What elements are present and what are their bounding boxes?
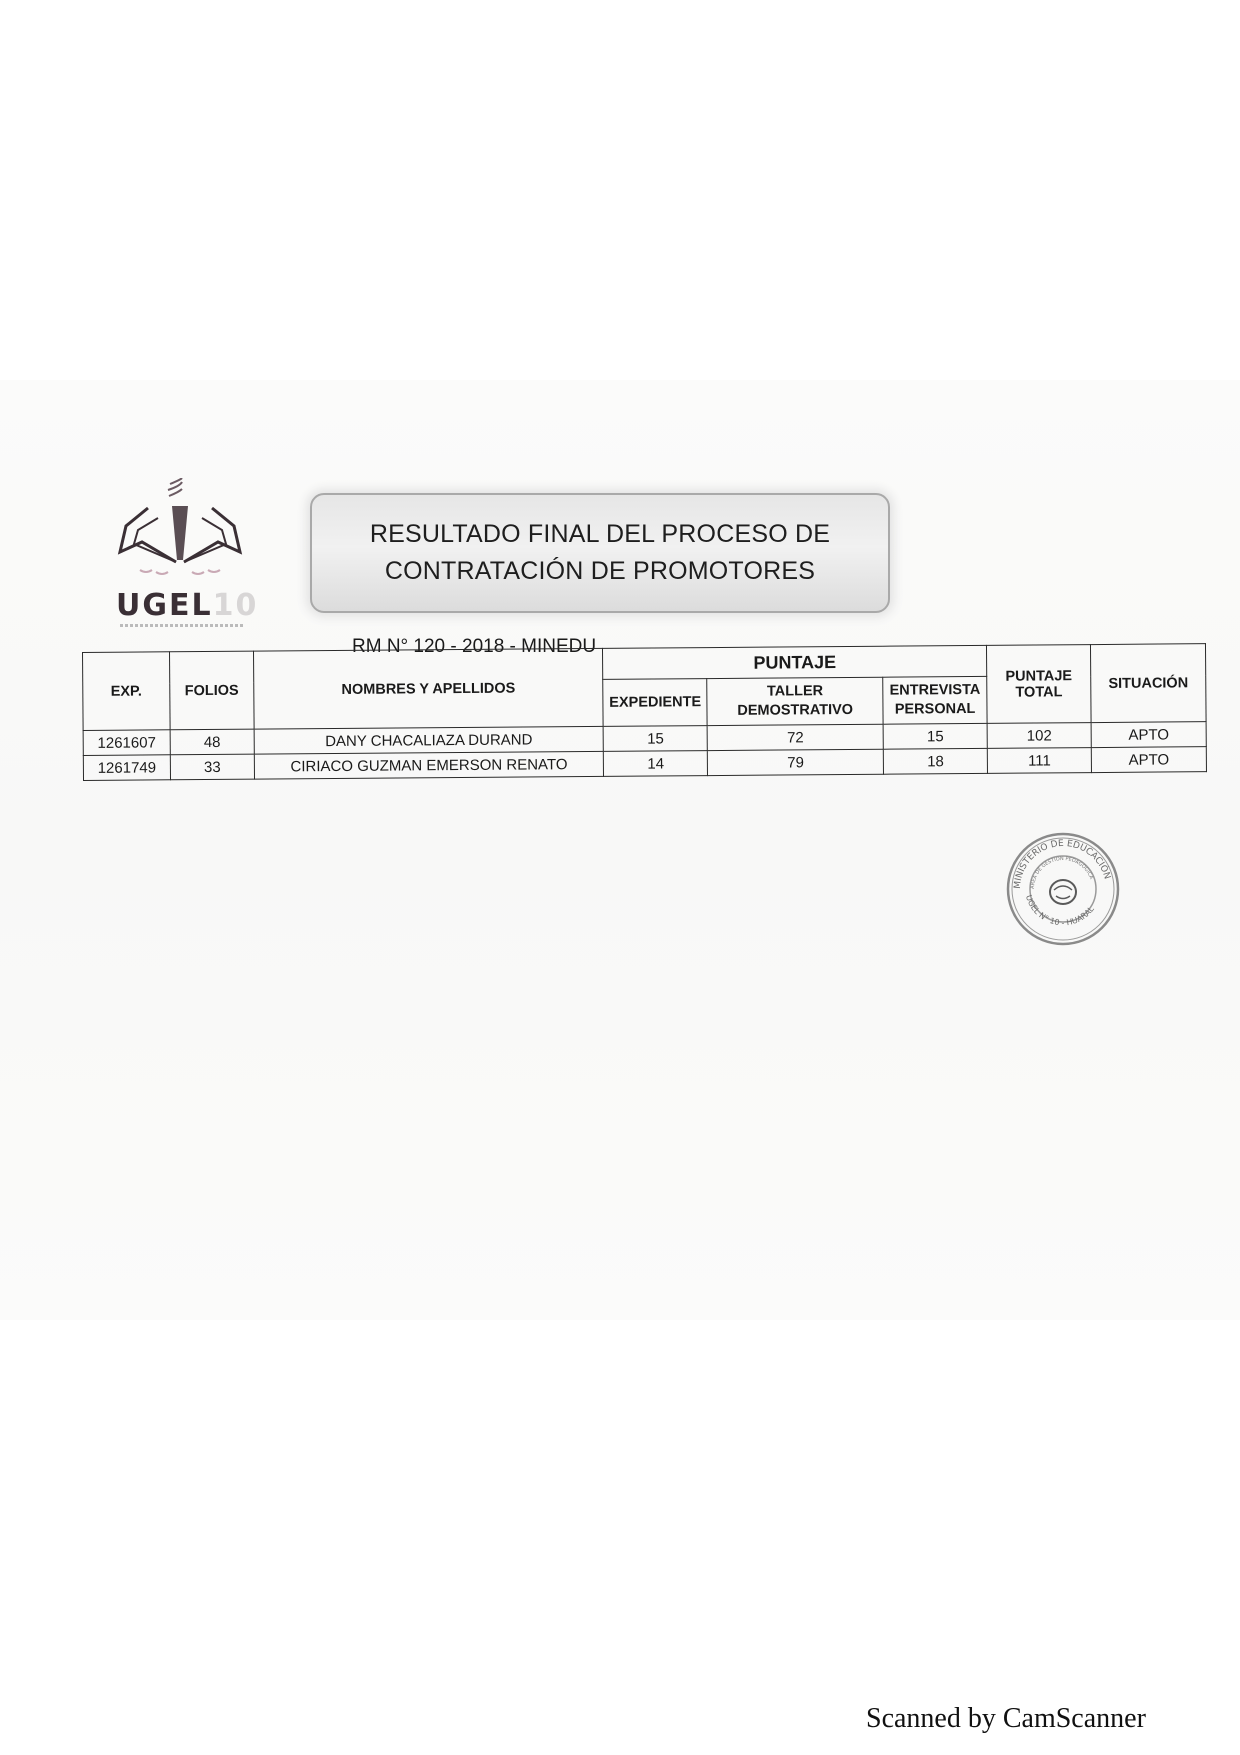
open-book-torch-icon xyxy=(112,478,252,588)
title-line-2: CONTRATACIÓN DE PROMOTORES xyxy=(385,553,815,590)
cell-entrevista: 18 xyxy=(883,748,987,774)
official-seal-stamp: MINISTERIO DE EDUCACIÓN UGEL N° 10 - HUA… xyxy=(1004,830,1122,948)
svg-text:AREA DE GESTION PEDAGOGICA: AREA DE GESTION PEDAGOGICA xyxy=(1030,856,1094,889)
cell-situacion: APTO xyxy=(1091,722,1206,748)
cell-total: 111 xyxy=(987,748,1091,774)
cell-expediente: 14 xyxy=(604,751,708,777)
logo-name: UGEL xyxy=(116,588,213,623)
cell-situacion: APTO xyxy=(1091,747,1206,773)
cell-exp: 1261607 xyxy=(83,730,170,756)
svg-text:UGEL N° 10 - HUARAL: UGEL N° 10 - HUARAL xyxy=(1024,894,1096,927)
cell-folios: 48 xyxy=(170,729,254,755)
header-taller-line-1: TALLER xyxy=(767,683,823,699)
header-folios: FOLIOS xyxy=(169,651,254,730)
cell-total: 102 xyxy=(987,723,1091,749)
results-table: EXP. FOLIOS NOMBRES Y APELLIDOS PUNTAJE … xyxy=(82,643,1207,781)
header-entrevista: ENTREVISTAPERSONAL xyxy=(883,676,987,724)
seal-icon: MINISTERIO DE EDUCACIÓN UGEL N° 10 - HUA… xyxy=(1004,830,1122,948)
cell-exp: 1261749 xyxy=(83,755,170,781)
header-entrevista-line-1: ENTREVISTA xyxy=(890,682,981,699)
title-box: RESULTADO FINAL DEL PROCESO DE CONTRATAC… xyxy=(310,493,890,613)
logo-subtitle xyxy=(120,624,245,627)
cell-taller: 79 xyxy=(708,749,884,775)
header-puntaje: PUNTAJE xyxy=(603,645,987,679)
header-total-line-1: PUNTAJE xyxy=(1005,668,1072,685)
header-exp: EXP. xyxy=(83,652,171,731)
header-taller-line-2: DEMOSTRATIVO xyxy=(737,702,853,719)
cell-entrevista: 15 xyxy=(883,723,987,749)
header-total-line-2: TOTAL xyxy=(1015,684,1062,700)
cell-taller: 72 xyxy=(707,724,883,750)
cell-expediente: 15 xyxy=(603,726,707,752)
logo-number: 10 xyxy=(213,588,259,623)
header-nombres: NOMBRES Y APELLIDOS xyxy=(253,648,603,729)
cell-folios: 33 xyxy=(170,754,254,780)
logo-wordmark: UGEL10 xyxy=(116,588,258,623)
header-puntaje-total: PUNTAJETOTAL xyxy=(987,645,1092,724)
cell-nombre: CIRIACO GUZMAN EMERSON RENATO xyxy=(254,751,604,779)
header-taller: TALLERDEMOSTRATIVO xyxy=(707,677,883,725)
header-entrevista-line-2: PERSONAL xyxy=(895,701,976,718)
ugel-logo: UGEL10 xyxy=(112,478,252,628)
title-line-1: RESULTADO FINAL DEL PROCESO DE xyxy=(370,516,830,553)
header-situacion: SITUACIÓN xyxy=(1090,644,1206,723)
camscanner-watermark: Scanned by CamScanner xyxy=(866,1703,1146,1735)
header-expediente: EXPEDIENTE xyxy=(603,679,707,727)
cell-nombre: DANY CHACALIAZA DURAND xyxy=(254,726,604,754)
